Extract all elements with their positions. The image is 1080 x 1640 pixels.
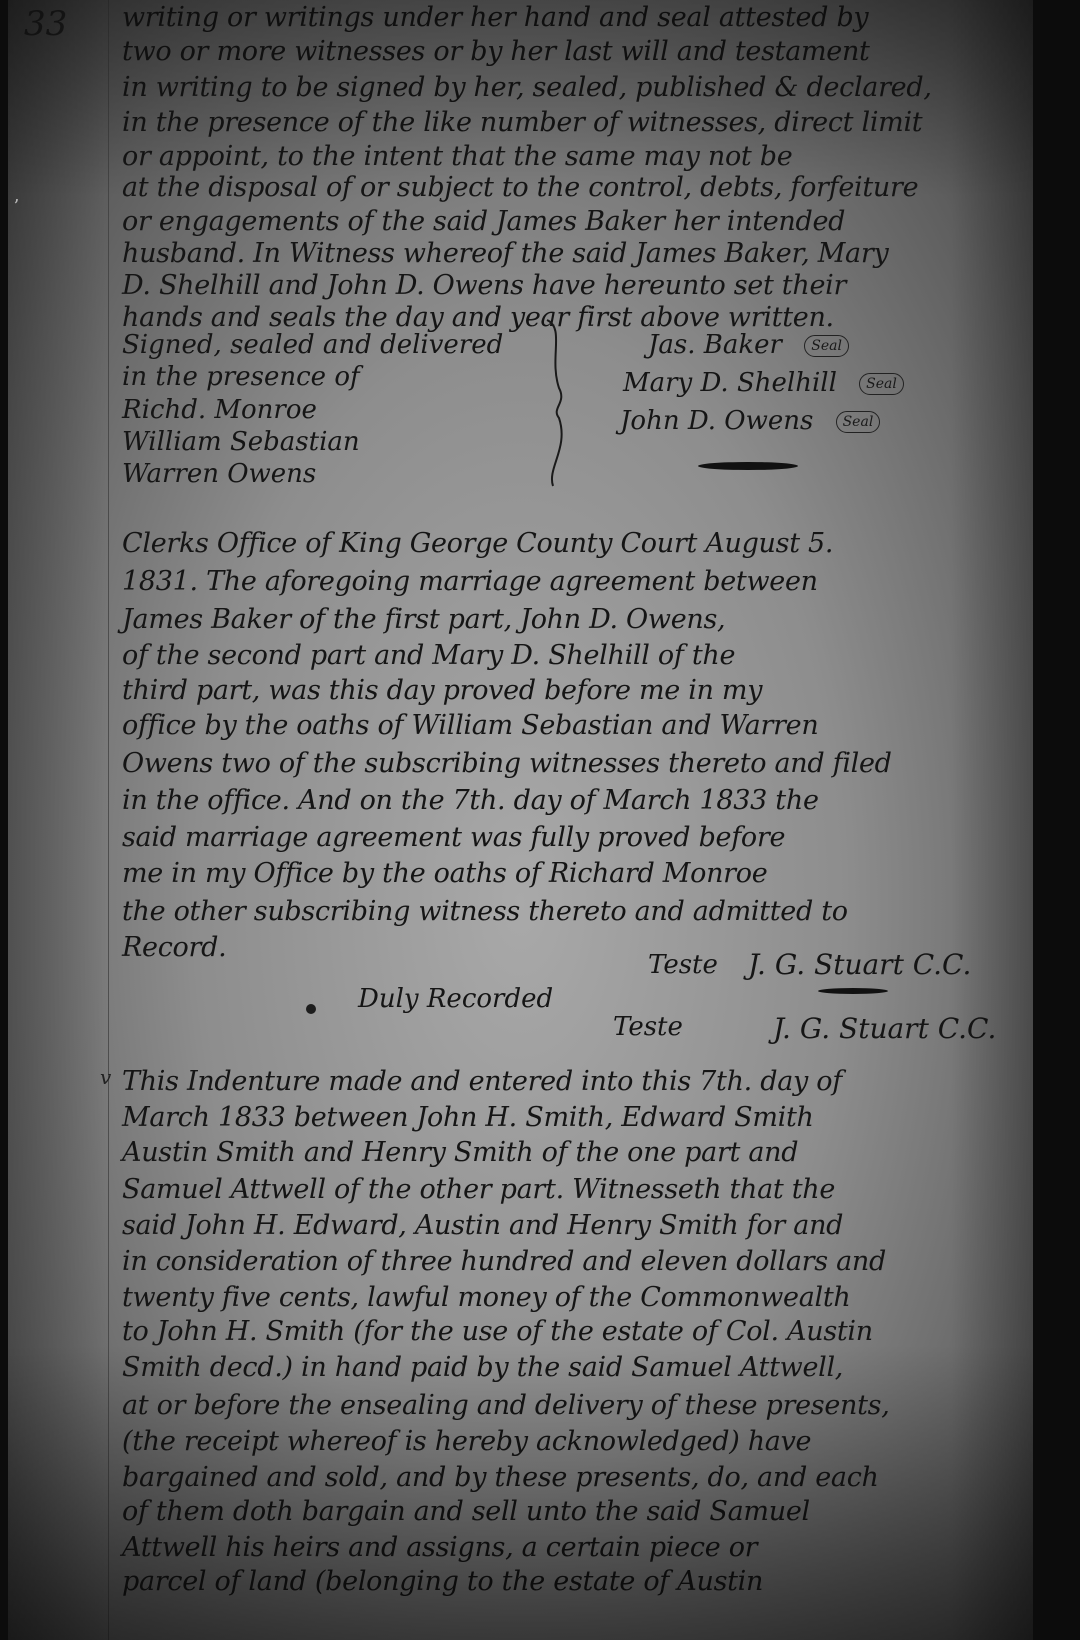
text-line: hands and seals the day and year first a… <box>122 302 1027 333</box>
seal-icon: Seal <box>836 411 881 433</box>
brace-icon <box>543 318 573 488</box>
text-line: said marriage agreement was fully proved… <box>122 822 1027 853</box>
margin-rule <box>108 0 109 1640</box>
flourish-line <box>698 462 798 470</box>
flourish-line <box>818 988 888 994</box>
text-line: me in my Office by the oaths of Richard … <box>122 858 1027 889</box>
text-line: D. Shelhill and John D. Owens have hereu… <box>122 270 1027 301</box>
seal-icon: Seal <box>859 373 904 395</box>
teste-label: Teste <box>648 950 718 980</box>
text-line: (the receipt whereof is hereby acknowled… <box>122 1426 1027 1457</box>
text-line: James Baker of the first part, John D. O… <box>122 604 1027 635</box>
text-line: the other subscribing witness thereto an… <box>122 896 1027 927</box>
scan-artifact-mark: ʼ <box>13 196 19 217</box>
text-line: to John H. Smith (for the use of the est… <box>122 1316 1027 1347</box>
signature: John D. Owens Seal <box>620 406 880 436</box>
witness-name: Richd. Monroe <box>122 395 317 425</box>
scanned-deed-page: 33 ʼ writing or writings under her hand … <box>8 0 1033 1640</box>
seal-icon: Seal <box>804 335 849 357</box>
text-line: or appoint, to the intent that the same … <box>122 141 1027 172</box>
text-line: bargained and sold, and by these present… <box>122 1462 1027 1493</box>
page-number: 33 <box>24 4 67 44</box>
text-line: of them doth bargain and sell unto the s… <box>122 1496 1027 1527</box>
witness-name: William Sebastian <box>122 427 360 457</box>
text-line: Smith decd.) in hand paid by the said Sa… <box>122 1352 1027 1383</box>
text-line: husband. In Witness whereof the said Jam… <box>122 238 1027 269</box>
text-line: Attwell his heirs and assigns, a certain… <box>122 1532 1027 1563</box>
text-line: office by the oaths of William Sebastian… <box>122 710 1027 741</box>
duly-recorded-label: Duly Recorded <box>358 984 553 1014</box>
ink-spot <box>306 1004 316 1014</box>
text-line: Austin Smith and Henry Smith of the one … <box>122 1137 1027 1168</box>
text-line: Samuel Attwell of the other part. Witnes… <box>122 1174 1027 1205</box>
text-line: in consideration of three hundred and el… <box>122 1246 1027 1277</box>
margin-check-mark: v <box>100 1065 111 1089</box>
text-line: in writing to be signed by her, sealed, … <box>122 72 1027 103</box>
text-line: 1831. The aforegoing marriage agreement … <box>122 566 1027 597</box>
text-line: or engagements of the said James Baker h… <box>122 206 1027 237</box>
text-line: at the disposal of or subject to the con… <box>122 172 1027 203</box>
clerk-signature: J. G. Stuart C.C. <box>748 948 971 981</box>
text-line: in the presence of the like number of wi… <box>122 107 1027 138</box>
signature: Mary D. Shelhill Seal <box>623 368 904 398</box>
text-line: third part, was this day proved before m… <box>122 675 1027 706</box>
text-line: Clerks Office of King George County Cour… <box>122 528 1027 559</box>
text-line: parcel of land (belonging to the estate … <box>122 1566 1027 1597</box>
text-line: Owens two of the subscribing witnesses t… <box>122 748 1027 779</box>
signature-name: John D. Owens <box>620 406 813 436</box>
text-line: writing or writings under her hand and s… <box>122 2 1027 33</box>
text-line: two or more witnesses or by her last wil… <box>122 36 1027 67</box>
attestation-line: Signed, sealed and delivered <box>122 330 503 360</box>
teste-label-2: Teste <box>613 1012 683 1042</box>
clerk-signature-2: J. G. Stuart C.C. <box>773 1012 996 1045</box>
text-line: said John H. Edward, Austin and Henry Sm… <box>122 1210 1027 1241</box>
text-line: This Indenture made and entered into thi… <box>122 1066 1027 1097</box>
text-line: March 1833 between John H. Smith, Edward… <box>122 1102 1027 1133</box>
signature-name: Mary D. Shelhill <box>623 368 837 398</box>
text-line: at or before the ensealing and delivery … <box>122 1390 1027 1421</box>
witness-name: Warren Owens <box>122 459 316 489</box>
text-line: twenty five cents, lawful money of the C… <box>122 1282 1027 1313</box>
attestation-line: in the presence of <box>122 362 360 392</box>
text-line: of the second part and Mary D. Shelhill … <box>122 640 1027 671</box>
text-line: in the office. And on the 7th. day of Ma… <box>122 785 1027 816</box>
signature: Jas. Baker Seal <box>648 330 849 360</box>
signature-name: Jas. Baker <box>648 330 782 360</box>
